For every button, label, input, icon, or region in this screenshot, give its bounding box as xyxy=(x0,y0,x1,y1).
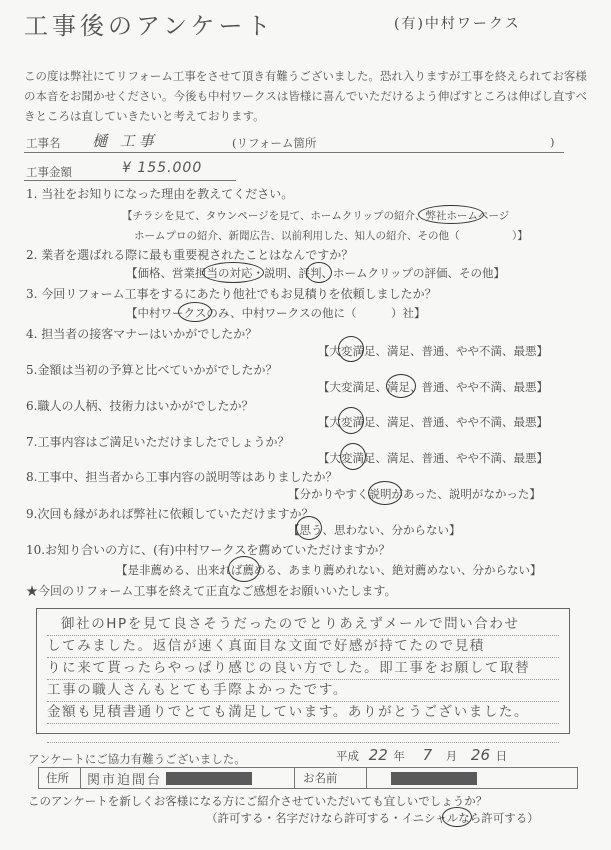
answer-circle-q3 xyxy=(178,302,212,322)
question-1: 1. 当社をお知りになった理由を教えてください。 xyxy=(26,185,293,202)
question-8: 8.工事中、担当者から工事内容の説明等はありましたか？ xyxy=(26,468,337,485)
date-day: 26 xyxy=(471,746,490,764)
work-amount-label: 工事金額 xyxy=(26,164,72,180)
comment-line-1: 御社のHPを見て良さそうだったのでとりあえずメールで問い合わせ xyxy=(47,613,559,636)
work-name-value: 樋 工事 xyxy=(92,130,158,151)
address-label: 住所 xyxy=(46,770,69,786)
question-4: 4. 担当者の接客マナーはいかがでしたか？ xyxy=(26,325,257,342)
work-amount-field[interactable]: 工事金額 ¥ 155.000 xyxy=(24,160,236,181)
address-label-cell: 住所 xyxy=(39,768,81,788)
question-3: 3. 今回リフォーム工事をするにあたり他社でもお見積りを依頼しましたか？ xyxy=(26,285,437,302)
answer-circle-q7 xyxy=(340,443,366,470)
address-name-table: 住所 関市迫間台 お名前 xyxy=(38,767,578,789)
comment-line-4: 工事の職人さんもとても手際よかったです。 xyxy=(47,679,559,702)
company-name: (有)中村ワークス xyxy=(394,13,521,33)
comment-line-2: してみました。返信が速く真面目な文面で好感が持てたので見積 xyxy=(47,635,559,658)
permission-question: このアンケートを新しくお客様になる方にご紹介させていただいても宜しいでしょうか？ xyxy=(28,793,487,809)
answer-circle-q10 xyxy=(228,556,260,582)
intro-text: この度は弊社にてリフォーム工事をさせて頂き有難うございました。恐れ入りますが工事… xyxy=(24,66,594,126)
work-name-field[interactable]: 工事名 樋 工事 (リフォーム箇所 ) xyxy=(24,132,564,153)
question-2: 2. 業者を選ばれる際に最も重要視されたことはなんですか？ xyxy=(26,246,353,263)
address-value: 関市迫間台 xyxy=(87,769,162,788)
answer-circle-q5 xyxy=(386,374,416,398)
thanks-text: アンケートにご協力有難うございました。 xyxy=(28,751,246,767)
answer-circle-q1 xyxy=(418,205,484,224)
address-redaction xyxy=(166,772,252,785)
answer-circle-q9 xyxy=(296,516,322,540)
permission-options: （許可する・名字だけなら許可する・イニシャルなら許可する） xyxy=(206,810,539,826)
date-year-unit: 年 xyxy=(393,749,405,763)
name-label: お名前 xyxy=(303,770,338,786)
question-10-options: 【是非薦める、出来れば薦める、あまり薦めれない、絶対薦めない、分からない】 xyxy=(116,562,542,578)
comment-line-3: りに来て貰ったらやっぱり感じの良い方でした。即工事をお願して取替 xyxy=(47,657,559,680)
comment-line-6 xyxy=(47,720,559,743)
reform-location-close: ) xyxy=(550,135,555,149)
survey-title: 工事後のアンケート xyxy=(24,6,275,41)
date-month: 7 xyxy=(423,746,433,764)
date-field[interactable]: 平成 22 年 7 月 26 日 xyxy=(336,746,507,764)
comment-box[interactable]: 御社のHPを見て良さそうだったのでとりあえずメールで問い合わせ してみました。返… xyxy=(36,608,570,734)
answer-circle-q2a xyxy=(202,262,264,283)
question-1-options-line2: ホームプロの紹介、新聞広告、以前利用した、知人の紹介、その他（ ）】 xyxy=(134,228,528,243)
date-day-unit: 日 xyxy=(496,749,508,763)
name-label-cell: お名前 xyxy=(295,768,367,788)
question-10: 10.お知り合いの方に、(有)中村ワークスを薦めていただけますか？ xyxy=(26,541,390,558)
question-7: 7.工事内容はご満足いただけましたでしょうか？ xyxy=(26,433,289,450)
name-value-cell[interactable] xyxy=(367,768,577,788)
question-8-options: 【分かりやすく説明があった、説明がなかった】 xyxy=(288,486,541,502)
question-6: 6.職人の人柄、技術力はいかがでしたか？ xyxy=(26,397,253,414)
date-era: 平成 xyxy=(336,749,359,763)
date-year: 22 xyxy=(369,746,388,764)
question-9: 9.次回も縁があれば弊社に依頼していただけますか？ xyxy=(26,505,313,522)
address-value-cell[interactable]: 関市迫間台 xyxy=(81,768,295,788)
question-5-options: 【大変満足、満足、普通、やや不満、最悪】 xyxy=(318,379,548,395)
answer-circle-q6 xyxy=(338,407,364,434)
answer-circle-q8 xyxy=(368,481,402,505)
question-5: 5.金額は当初の予算と比べていかがでしたか？ xyxy=(26,361,277,378)
name-redaction xyxy=(391,772,477,785)
reform-location-label: (リフォーム箇所 xyxy=(232,135,316,151)
answer-circle-q4 xyxy=(338,336,364,362)
comment-prompt: ★今回のリフォーム工事を終えて正直なご感想をお願いいたします。 xyxy=(26,582,396,599)
answer-circle-q2b xyxy=(306,262,332,283)
work-amount-value: ¥ 155.000 xyxy=(122,160,202,176)
date-month-unit: 月 xyxy=(446,749,458,763)
answer-circle-permission xyxy=(442,807,472,827)
question-3-options: 【中村ワークスのみ、中村ワークスの他に（ ）社】 xyxy=(126,305,425,321)
work-name-label: 工事名 xyxy=(26,135,61,151)
